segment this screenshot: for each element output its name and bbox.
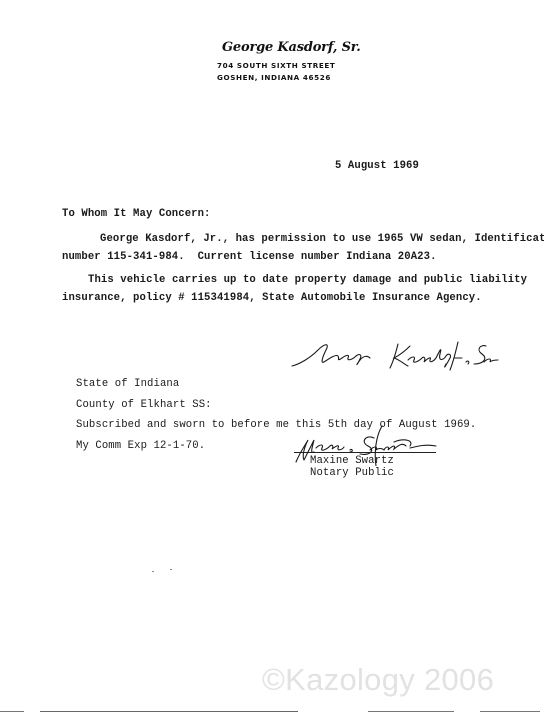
copyright-watermark: ©Kazology 2006 — [262, 662, 494, 698]
page-edge-line — [368, 711, 454, 712]
body-paragraph-1-line-1: George Kasdorf, Jr., has permission to u… — [100, 233, 544, 245]
scan-speck — [152, 571, 154, 572]
scan-speck — [170, 569, 172, 570]
letter-date: 5 August 1969 — [335, 160, 419, 172]
letterhead-name: George Kasdorf, Sr. — [222, 40, 361, 55]
notary-county: County of Elkhart SS: — [76, 399, 212, 411]
notary-state: State of Indiana — [76, 378, 179, 390]
page-edge-line — [480, 711, 540, 712]
body-paragraph-1-line-2: number 115-341-984. Current license numb… — [62, 251, 437, 263]
notary-name: Maxine Swartz — [310, 455, 394, 467]
notary-title: Notary Public — [310, 467, 394, 479]
letterhead-address-line1: 704 SOUTH SIXTH STREET — [217, 61, 335, 70]
salutation: To Whom It May Concern: — [62, 208, 211, 220]
notary-commission-expiry: My Comm Exp 12-1-70. — [76, 440, 205, 452]
signature-george-kasdorf-sr — [290, 338, 500, 378]
body-paragraph-2-line-1: This vehicle carries up to date property… — [88, 274, 527, 286]
document-page: George Kasdorf, Sr. 704 SOUTH SIXTH STRE… — [0, 0, 544, 720]
page-edge-line — [40, 711, 298, 712]
letterhead-address-line2: GOSHEN, INDIANA 46526 — [217, 73, 331, 82]
body-paragraph-2-line-2: insurance, policy # 115341984, State Aut… — [62, 292, 482, 304]
page-edge-line — [0, 711, 24, 712]
